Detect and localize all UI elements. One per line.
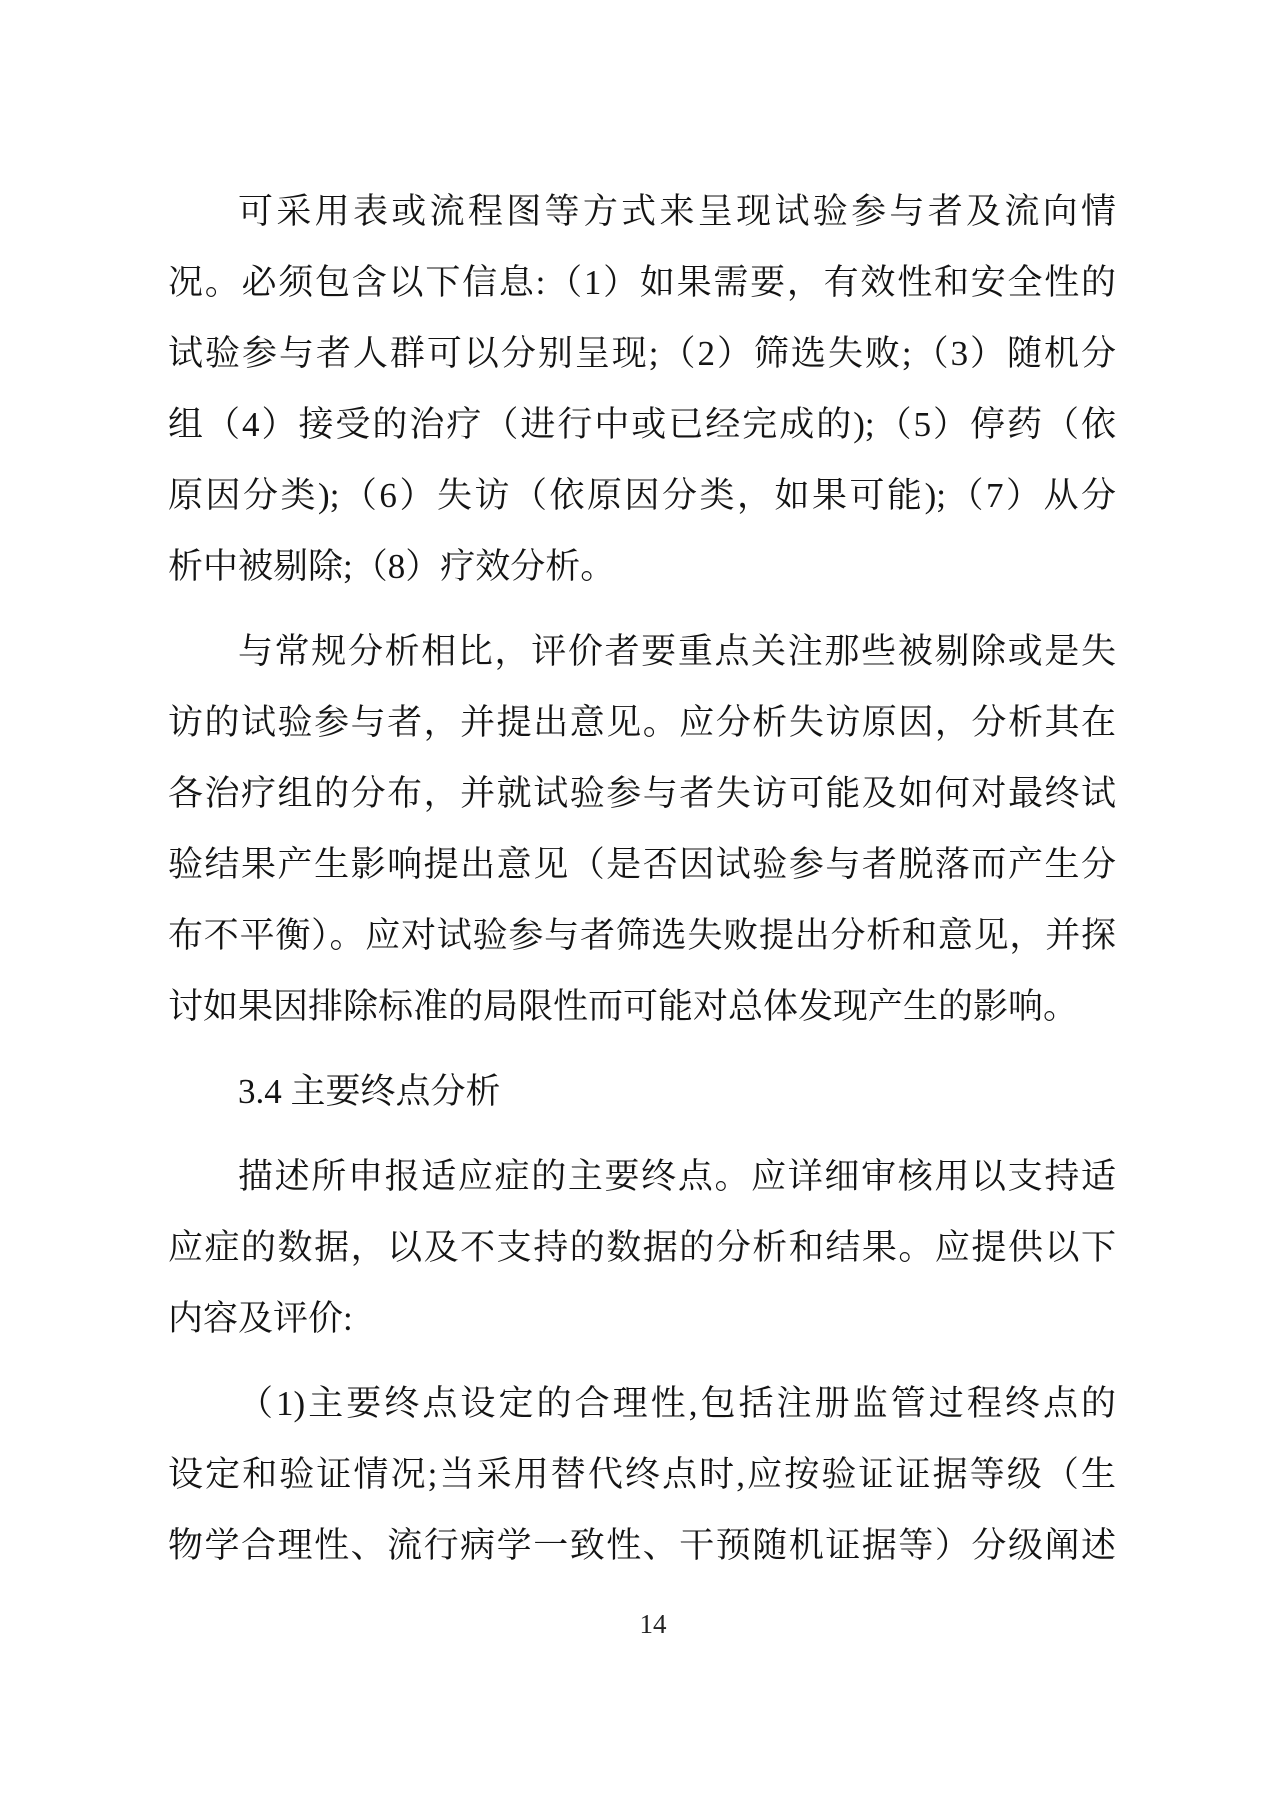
document-page: 可采用表或流程图等方式来呈现试验参与者及流向情 况。必须包含以下信息:（1）如果…: [0, 0, 1280, 1810]
text-line: 描述所申报适应症的主要终点。应详细审核用以支持适: [168, 1141, 1116, 1212]
text-line: 原因分类);（6）失访（依原因分类，如果可能);（7）从分: [168, 460, 1116, 531]
text-line: 访的试验参与者，并提出意见。应分析失访原因，分析其在: [168, 687, 1116, 758]
text-line: 析中被剔除;（8）疗效分析。: [168, 531, 1116, 602]
text-line: 内容及评价:: [168, 1283, 1116, 1354]
text-line: 况。必须包含以下信息:（1）如果需要，有效性和安全性的: [168, 247, 1116, 318]
paragraph-primary-endpoint-intro: 描述所申报适应症的主要终点。应详细审核用以支持适 应症的数据，以及不支持的数据的…: [168, 1141, 1116, 1354]
page-number: 14: [26, 1606, 1280, 1642]
document-body: 可采用表或流程图等方式来呈现试验参与者及流向情 况。必须包含以下信息:（1）如果…: [168, 176, 1116, 1595]
section-heading-3-4: 3.4 主要终点分析: [168, 1056, 1116, 1127]
text-line: 组（4）接受的治疗（进行中或已经完成的);（5）停药（依: [168, 389, 1116, 460]
text-line: 验结果产生影响提出意见（是否因试验参与者脱落而产生分: [168, 829, 1116, 900]
text-line: 物学合理性、流行病学一致性、干预随机证据等）分级阐述: [168, 1510, 1116, 1581]
text-line: 应症的数据，以及不支持的数据的分析和结果。应提供以下: [168, 1212, 1116, 1283]
paragraph-endpoint-rationale: （1)主要终点设定的合理性,包括注册监管过程终点的 设定和验证情况;当采用替代终…: [168, 1368, 1116, 1581]
text-line: 布不平衡）。应对试验参与者筛选失败提出分析和意见，并探: [168, 900, 1116, 971]
text-line: 与常规分析相比，评价者要重点关注那些被剔除或是失: [168, 616, 1116, 687]
text-line: 设定和验证情况;当采用替代终点时,应按验证证据等级（生: [168, 1439, 1116, 1510]
paragraph-trial-flow: 可采用表或流程图等方式来呈现试验参与者及流向情 况。必须包含以下信息:（1）如果…: [168, 176, 1116, 602]
text-line: 可采用表或流程图等方式来呈现试验参与者及流向情: [168, 176, 1116, 247]
text-line: 试验参与者人群可以分别呈现;（2）筛选失败;（3）随机分: [168, 318, 1116, 389]
text-line: 讨如果因排除标准的局限性而可能对总体发现产生的影响。: [168, 971, 1116, 1042]
text-line: （1)主要终点设定的合理性,包括注册监管过程终点的: [168, 1368, 1116, 1439]
paragraph-dropout-analysis: 与常规分析相比，评价者要重点关注那些被剔除或是失 访的试验参与者，并提出意见。应…: [168, 616, 1116, 1042]
text-line: 各治疗组的分布，并就试验参与者失访可能及如何对最终试: [168, 758, 1116, 829]
